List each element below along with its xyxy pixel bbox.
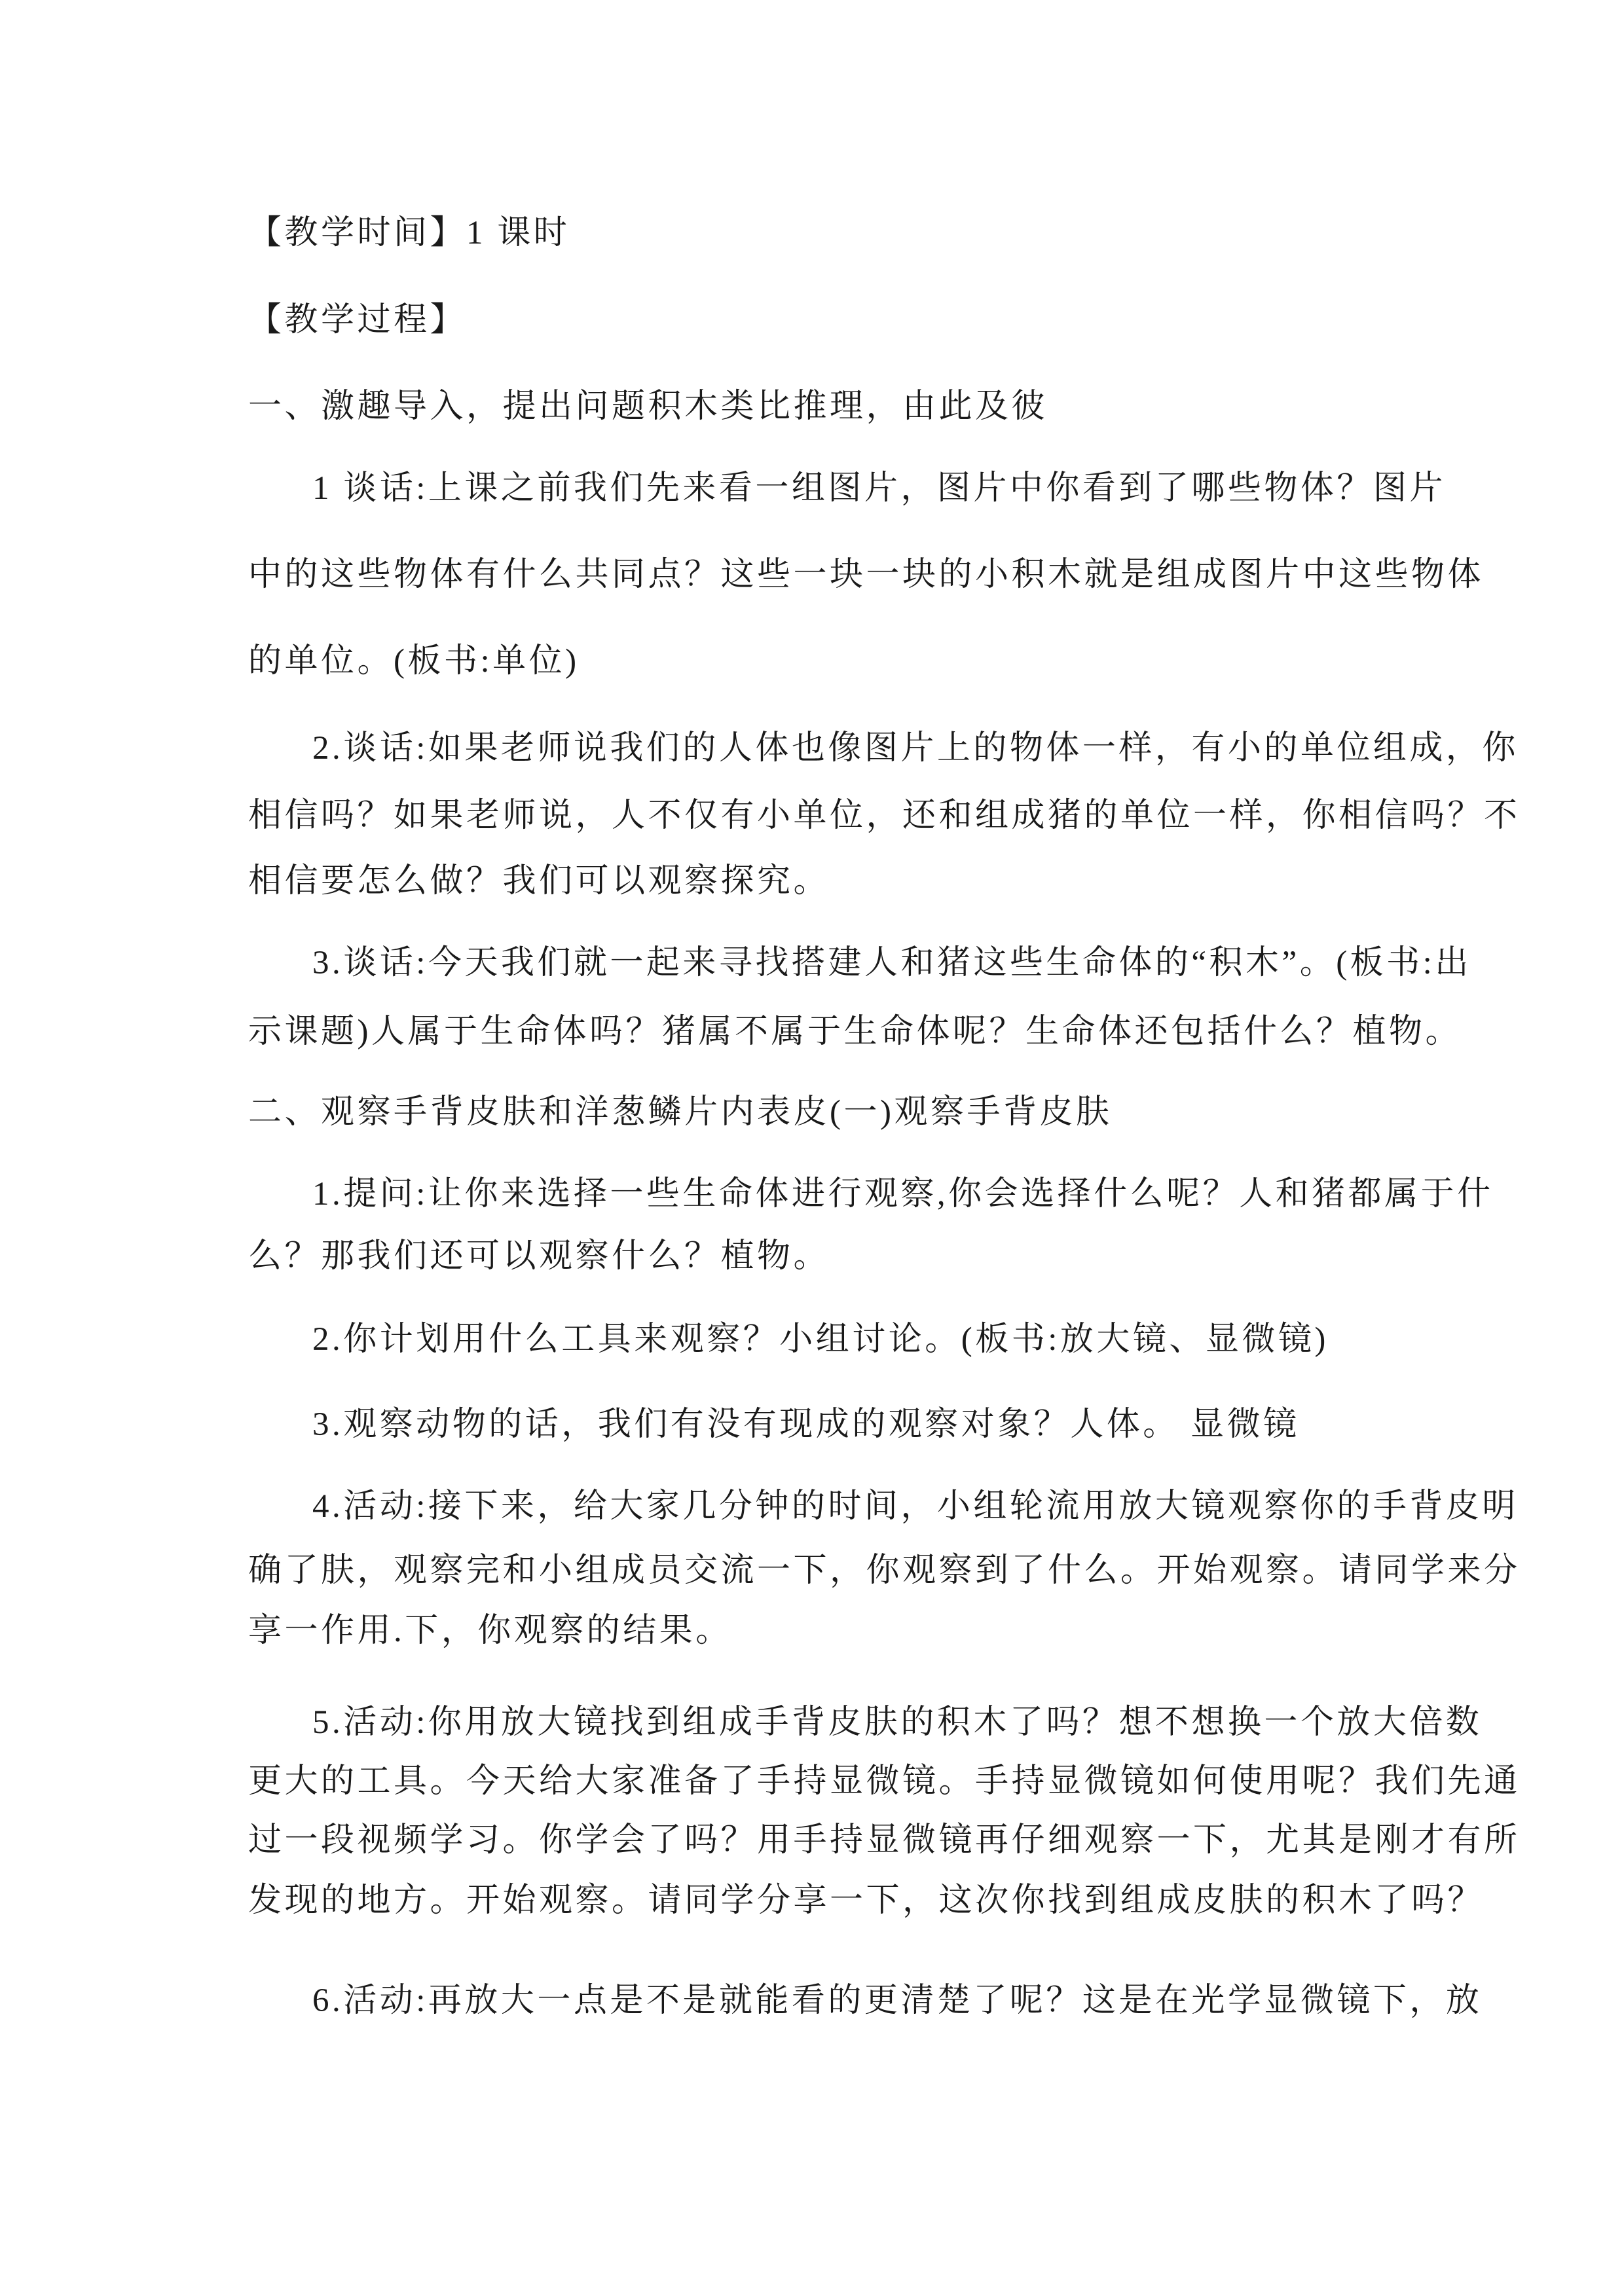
text-line: 2.你计划用什么工具来观察？小组讨论。(板书:放大镜、显微镜) xyxy=(312,1319,1329,1360)
section-1-heading: 一、激趣导入，提出问题积木类比推理，由此及彼 xyxy=(248,386,1048,427)
text-line: 确了肤，观察完和小组成员交流一下，你观察到了什么。开始观察。请同学来分 xyxy=(248,1550,1521,1591)
text-line: 享一作用.下，你观察的结果。 xyxy=(248,1611,732,1651)
text-line: 2.谈话:如果老师说我们的人体也像图片上的物体一样，有小的单位组成，你 xyxy=(312,728,1519,769)
section-2-heading: 二、观察手背皮肤和洋葱鳞片内表皮(一)观察手背皮肤 xyxy=(248,1092,1112,1133)
text-line: 相信要怎么做？我们可以观察探究。 xyxy=(248,861,830,902)
text-line: 1 谈话:上课之前我们先来看一组图片，图片中你看到了哪些物体？图片 xyxy=(312,468,1446,509)
text-line: 更大的工具。今天给大家准备了手持显微镜。手持显微镜如何使用呢？我们先通 xyxy=(248,1761,1521,1802)
text-line: 示课题)人属于生命体吗？猪属不属于生命体呢？生命体还包括什么？植物。 xyxy=(248,1011,1462,1052)
text-line: 3.谈话:今天我们就一起来寻找搭建人和猪这些生命体的“积木”。(板书:出 xyxy=(312,943,1471,983)
text-line: 3.观察动物的话，我们有没有现成的观察对象？人体。 显微镜 xyxy=(312,1404,1300,1445)
text-line: 6.活动:再放大一点是不是就能看的更清楚了呢？这是在光学显微镜下，放 xyxy=(312,1980,1482,2021)
text-line: 么？那我们还可以观察什么？植物。 xyxy=(248,1236,830,1277)
text-line: 5.活动:你用放大镜找到组成手背皮肤的积木了吗？想不想换一个放大倍数 xyxy=(312,1702,1482,1743)
text-line: 发现的地方。开始观察。请同学分享一下，这次你找到组成皮肤的积木了吗？ xyxy=(248,1880,1484,1921)
text-line: 过一段视频学习。你学会了吗？用手持显微镜再仔细观察一下，尤其是刚才有所 xyxy=(248,1820,1521,1861)
text-line: 4.活动:接下来，给大家几分钟的时间，小组轮流用放大镜观察你的手背皮明 xyxy=(312,1486,1519,1527)
text-line: 相信吗？如果老师说，人不仅有小单位，还和组成猪的单位一样，你相信吗？不 xyxy=(248,795,1521,836)
heading-teaching-process: 【教学过程】 xyxy=(248,300,466,340)
document-page: 【教学时间】1 课时 【教学过程】 一、激趣导入，提出问题积木类比推理，由此及彼… xyxy=(0,0,1624,2296)
text-line: 1.提问:让你来选择一些生命体进行观察,你会选择什么呢？人和猪都属于什 xyxy=(312,1174,1494,1214)
text-line: 中的这些物体有什么共同点？这些一块一块的小积木就是组成图片中这些物体 xyxy=(248,555,1484,595)
text-line: 的单位。(板书:单位) xyxy=(248,641,580,682)
heading-teaching-time: 【教学时间】1 课时 xyxy=(248,213,570,253)
